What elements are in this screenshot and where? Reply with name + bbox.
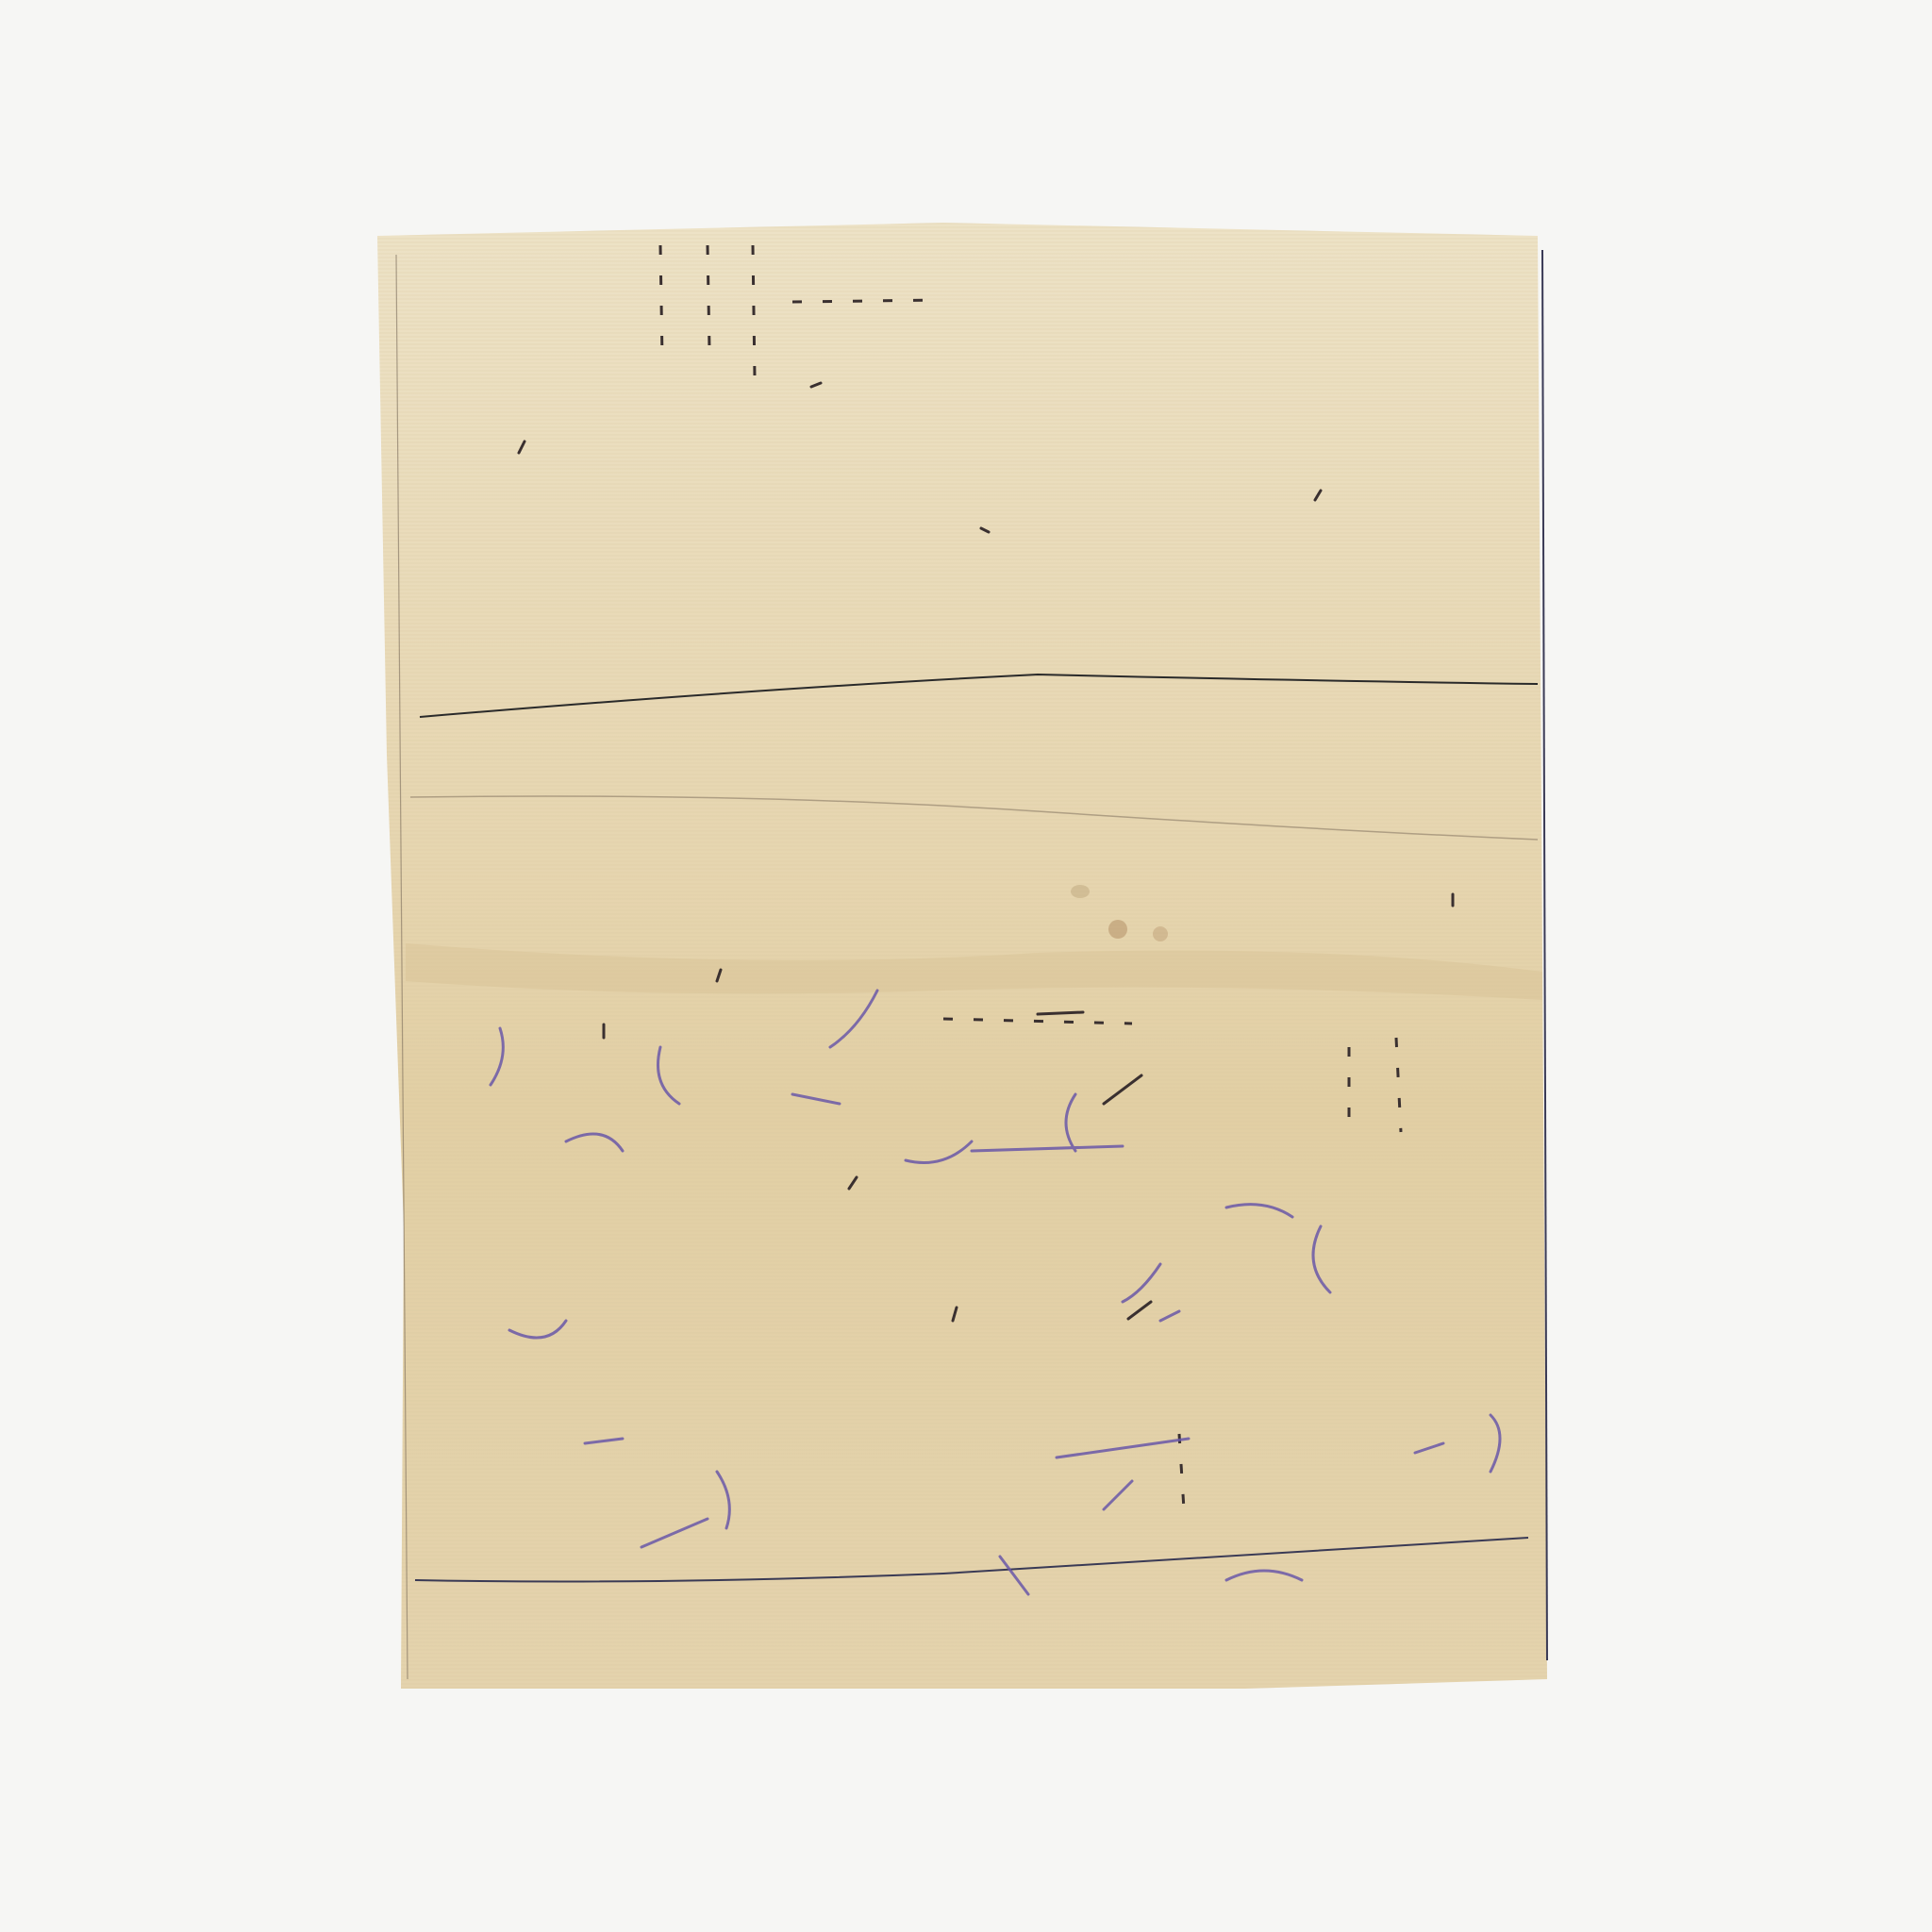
textile-photo — [0, 0, 1932, 1932]
